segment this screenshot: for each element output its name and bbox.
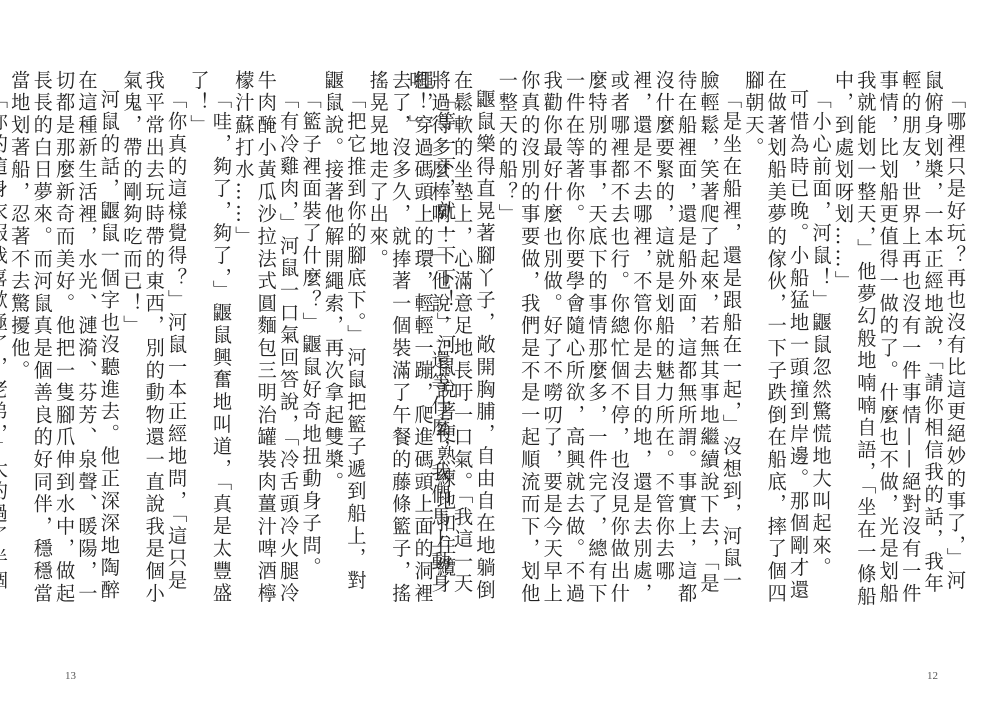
paragraph: 河鼠的話，鼴鼠一個字也沒聽進去。他正深深地陶醉在這種新生活裡，水光、漣漪、芬芳、…: [8, 70, 120, 610]
paragraph: 「哇，夠了，夠了，」鼴鼠興奮地叫道，「真是太豐盛了！」: [187, 70, 232, 610]
paragraph: 「把它推到你的腳底下。」河鼠把籃子遞到船上，對鼴鼠說。接著他解開繩索，再次拿起雙…: [322, 70, 367, 610]
paragraph: 「籃子裡面裝了什麼？」鼴鼠好奇地扭動身子問。: [299, 70, 321, 610]
paragraph: 「是坐在船裡，還是跟船在一起，」沒想到，河鼠一臉輕鬆，笑著爬了起來，若無其事地繼…: [495, 70, 741, 610]
paragraph: 「有冷雞肉，」河鼠一口氣回答說，「冷舌頭冷火腿冷牛肉醃小黃瓜沙拉法式圓麵包三明治…: [232, 70, 299, 610]
paragraph: 可惜為時已晚。小船猛地一頭撞到岸邊。那個剛才還在做著划船美夢的傢伙，一下子跌倒在…: [742, 70, 809, 610]
book-spread: 「等一下，就一下下！」河鼠說著便熟練地扣住纜繩，穿過碼頭上的環，輕輕一蹦，爬進碼…: [0, 0, 1000, 710]
page-number-left: 13: [65, 670, 76, 682]
paragraph: 鼴鼠樂得直晃著腳丫子，敞開胸脯，自由自在地躺倒在鬆軟的坐墊上，心滿意足地長吁一口…: [406, 70, 496, 610]
page-number-right: 12: [927, 670, 938, 682]
paragraph: 「你的這身衣服我喜歡極了，老弟，」大約過了半個鐘頭，河鼠終於開口了，「等我有錢了…: [0, 70, 8, 610]
paragraph: 「哪裡只是好玩？再也沒有比這更絕妙的事了，」河鼠俯身划槳，一本正經地說，「請你相…: [832, 70, 966, 610]
right-page-text: 「哪裡只是好玩？再也沒有比這更絕妙的事了，」河鼠俯身划槳，一本正經地說，「請你相…: [580, 70, 966, 610]
paragraph: 「你真的這樣覺得？」河鼠一本正經地問，「這只是我平常出去玩時帶的東西，別的動物還…: [120, 70, 187, 610]
right-page: 「哪裡只是好玩？再也沒有比這更絕妙的事了，」河鼠俯身划槳，一本正經地說，「請你相…: [500, 0, 1000, 710]
paragraph: 「小心前面，河鼠！」鼴鼠忽然驚慌地大叫起來。: [809, 70, 831, 610]
left-page-text: 「等一下，就一下下！」河鼠說著便熟練地扣住纜繩，穿過碼頭上的環，輕輕一蹦，爬進碼…: [46, 70, 456, 610]
